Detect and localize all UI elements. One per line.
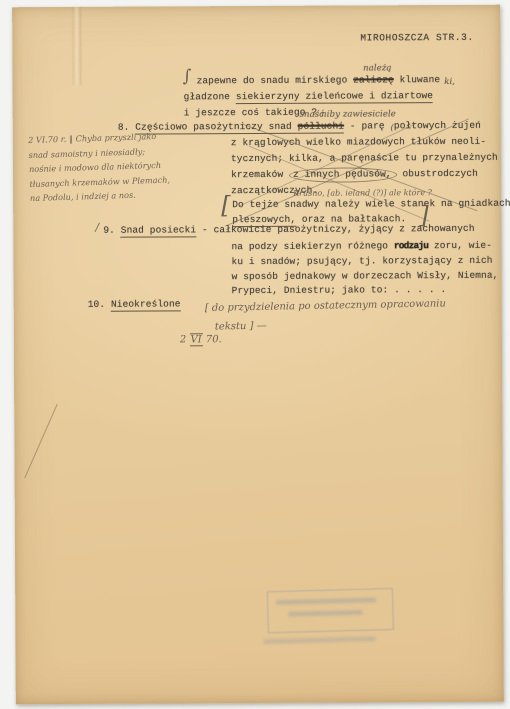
section-10-hand-line-2: tekstu ] — xyxy=(215,321,267,333)
intro-l1-struck-word: zaliczę xyxy=(353,74,394,85)
section-8-body-line-3: krzemaków z innych pędusów, obustrodczyc… xyxy=(231,168,478,180)
section-9-body-line-2: ku i snadów; psujący, tj. korzystający z… xyxy=(231,255,492,267)
date-month-roman: VI xyxy=(189,333,202,346)
stamp-text-line xyxy=(288,610,362,617)
intro-l1-hand-correction: należą xyxy=(363,63,391,74)
intro-l1-hand-mark: ki, xyxy=(444,77,455,87)
section-9-hand-mark: ∕ xyxy=(95,221,99,234)
document-page: MIROHOSZCZA STR.3. ∫ zapewne do snadu mi… xyxy=(12,5,504,705)
section-8-body-line-5: Do tejże snadwy należy wiele stanek na g… xyxy=(232,198,510,210)
section-8-heading: 8. Częściowo pasożytniczy snad półłuchis… xyxy=(118,120,481,134)
section-8-b3-pre: krzemaków xyxy=(231,169,289,180)
scan-background: MIROHOSZCZA STR.3. ∫ zapewne do snadu mi… xyxy=(0,0,510,709)
stamp-text-line xyxy=(276,597,376,605)
section-9-b1-post: zoru, wie- xyxy=(428,240,492,251)
section-8-body-line-2: tycznych; kilka, a paręnaście tu przynal… xyxy=(231,152,498,164)
date-day: 2 xyxy=(180,334,186,345)
section-8-body-line-1: z krąglowych wielko miazdowych tłuków ne… xyxy=(231,136,486,148)
intro-l2-pre: gładzone xyxy=(184,91,236,102)
section-10-hand-line-1: [ do przydzielenia po ostatecznym opraco… xyxy=(205,298,446,314)
section-9-body-line-4: Prypeci, Dniestru; jako to: . . . . . xyxy=(232,284,447,296)
section-9-body-line-3: w sposób jednakowy w dorzeczach Wisły, N… xyxy=(232,270,499,282)
section-8-struck-word: półłuchi xyxy=(298,121,344,134)
section-8-b3-post: obustrodczych xyxy=(397,168,478,179)
page-header: MIROHOSZCZA STR.3. xyxy=(360,32,473,44)
intro-l3-hand-note: niby zawiesiciele xyxy=(321,109,396,119)
section-8-hand-note: Krusno, [ab. ieland (?)] ale które ? xyxy=(293,188,432,198)
hand-open-bracket: [ xyxy=(221,200,230,210)
section-10-number: 10. xyxy=(88,299,111,310)
paper-crease xyxy=(72,7,81,85)
section-9-head-rest: - całkowicie pasożytniczy, żyjący z zach… xyxy=(196,223,475,235)
hand-date-note: 2 VI 70. xyxy=(180,334,222,345)
intro-line-2: gładzone siekierzyny zieleńcowe i dziart… xyxy=(184,90,434,102)
section-9-title: Snad posiecki xyxy=(121,224,196,237)
intro-l1-pre: zapewne do snadu mirskiego xyxy=(197,74,354,86)
intro-l1-mid: kluwane xyxy=(394,74,440,85)
intro-l2-underlined: siekierzyny zieleńcowe i dziartowe xyxy=(236,90,433,104)
section-8-hand-correction: snaść xyxy=(300,110,325,121)
section-10-heading: 10. Nieokreślone xyxy=(88,298,181,309)
section-8-hand-paren: ( xyxy=(390,123,393,133)
section-9-b1-pre: na podzy siekierzyn różnego xyxy=(231,240,393,252)
section-9-body-line-1: na podzy siekierzyn różnego rodzaju zoru… xyxy=(231,240,492,252)
hand-close-bracket: ] xyxy=(419,210,428,220)
section-8-dash: - parę xyxy=(344,120,390,131)
section-9-overtyped-word: rodzaju xyxy=(394,240,428,251)
section-8-tail: połtowych żujeń xyxy=(394,120,481,131)
intro-line-3: i jeszcze coś takiego ?niby zawiesiciele xyxy=(184,106,396,119)
section-9-number: 9. xyxy=(103,225,120,236)
stamp-text-line xyxy=(263,636,375,644)
section-9-heading: 9. Snad posiecki - całkowicie pasożytnic… xyxy=(103,223,474,236)
section-10-title: Nieokreślone xyxy=(111,298,181,311)
date-year: 70. xyxy=(206,334,222,345)
section-8-b3-circled: z innych pędusów, xyxy=(289,167,397,183)
hand-long-s-mark: ∫ xyxy=(182,66,191,86)
stamp xyxy=(267,588,394,633)
margin-note-line-5: na Podolu, i indziej a nos. xyxy=(30,187,171,206)
intro-line-1: zapewne do snadu mirskiego zaliczęnależą… xyxy=(197,74,456,87)
intro-l3-text: i jeszcze coś takiego ? xyxy=(184,107,317,119)
margin-note: 2 VI.70 r. ‖ Chyba przyszli jako snad sa… xyxy=(28,129,171,206)
